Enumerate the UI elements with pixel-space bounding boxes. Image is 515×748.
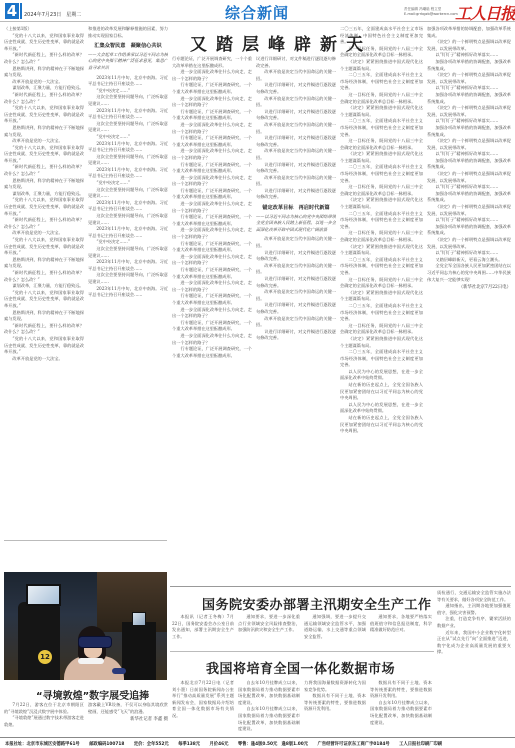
data-market-column-3: 力将我国海量数据资源转化为国家竞争优势。 数据具有不同于土地、资本等传统要素的特…	[304, 680, 366, 736]
paragraph: 站在新的历史起点上，全党全国各族人民更加紧密团结在以习近平同志为核心的党中央周围…	[340, 382, 423, 402]
safety-column-4: 通知要求，各地要严格落实值班值守和信息报送制度，科学精准做好防范应对。	[370, 614, 432, 648]
paragraph: 议进行详细研讨，对文件稿进行逐段逐句修改完善。	[256, 188, 336, 201]
paragraph: 以人民为中心的发展思想，在进一步全面深化改革中始终贯彻。	[340, 402, 423, 415]
paragraph: 进一步全面深化改革往什么方向走、走出一个怎样的路子？	[172, 148, 252, 161]
paragraph: 通知要求，各地要严格落实值班值守和信息报送制度，科学精准做好防范应对。	[370, 614, 432, 634]
paragraph: 2023年11月中旬，北京中南海。习近平总书记主持召开座谈会……	[88, 226, 168, 239]
page-date: 2024年7月23日 星期二	[24, 11, 81, 18]
paragraph: 进一步全面深化改革往什么方向走、走出一个怎样的路子？	[172, 122, 252, 135]
paragraph: 以“钉钉子”精神抓好改革落实……	[427, 52, 511, 59]
photo-top-divider	[4, 540, 167, 541]
paragraph: 行专题论证，广泛开展调查研究，一个个重大改革举措在这里酝酿成形。	[172, 135, 252, 148]
paragraph: 改革开放是党的一大法宝。	[4, 138, 84, 145]
paragraph: 进一步全面深化改革往什么方向走、走出一个怎样的路子？	[172, 333, 252, 346]
paragraph: 本报北京7月22日电（记者刘小墨）日前国务院新闻办公室举行“推动高质量发展”系列…	[172, 680, 234, 720]
paragraph: “党的十八大以来，党和国家事业取得历史性成就、发生历史性变革，靠的就是改革开放。…	[4, 290, 84, 310]
paragraph: 《决定》紧紧围绕推进中国式现代化这个主题谋篇布局。	[340, 59, 423, 72]
paragraph: 议进行详细研讨，对文件稿进行逐段逐句修改完善。	[256, 302, 336, 315]
footer-postcode: 邮政编码100718	[89, 742, 124, 747]
paragraph: 行专题论证，广泛开展调查研究，一个个重大改革举措在这里酝酿成形。	[172, 56, 252, 69]
paragraph: 这次全会要坚持问题导向，广泛听取意见建议……	[88, 187, 168, 200]
paragraph: 进一步全面深化改革往什么方向走、走出一个怎样的路子？	[172, 227, 252, 240]
paragraph: 二〇三五年，全面建成高水平社会主义市场经济体制，中国特色社会主义制度更加完善。	[340, 211, 423, 231]
paragraph: 改革开放是决定当代中国命运的关键一招。	[256, 148, 336, 161]
paragraph: 这一目标任务，既同党的十八届三中全会确定的全面深化改革总目标一脉相承。	[340, 92, 423, 105]
paragraph: 改革开放是党的一大法宝。	[4, 230, 84, 237]
paragraph: 议进行详细研讨，对文件稿进行逐段逐句修改完善。	[256, 162, 336, 175]
paragraph: 二〇三五年，全面建成高水平社会主义市场经济体制，中国特色社会主义制度更加完善。	[340, 26, 423, 46]
footer-price-single: 零售：逢4版0.50元 逢8版1.00元	[238, 742, 308, 747]
feature-column-2: 和推进的改革发展和解释措施的因素，努力推动实现国家目标。 汇集众智民意 凝聚信心…	[88, 26, 168, 536]
paragraph: “党中央决定……”	[88, 134, 168, 141]
page-number: 4	[5, 3, 19, 19]
paragraph: 《决定》紧紧围绕推进中国式现代化这个主题谋篇布局。	[340, 197, 423, 210]
paragraph: 以“钉钉子”精神抓好改革落实……	[427, 250, 511, 257]
paragraph: 谋划改革，汇聚力量，方能行稳致远。	[4, 283, 84, 290]
photo-caption-column-1: 7月22日，游客在位于北京市朝阳区的“寻境敦煌”沉浸式数字展中体验。 “寻境敦煌…	[4, 702, 84, 736]
paragraph: 这一目标任务，既同党的十八届三中全会确定的全面深化改革总目标一脉相承。	[340, 323, 423, 336]
paragraph: 这一目标任务，既同党的十八届三中全会确定的全面深化改革总目标一脉相承。	[340, 277, 423, 290]
paragraph: 《决定》的一个鲜明特点是强调以改革促发展、以发展带改革。	[427, 72, 511, 85]
paragraph: 谋划改革，汇聚力量，方能行稳致远。	[4, 85, 84, 92]
paragraph: 这一目标任务，既同党的十八届三中全会确定的全面深化改革总目标一脉相承。	[340, 46, 423, 59]
paragraph: 通知强调，要进一步提升交通运输领域安全监管水平，加强道路运输、水上交通等重点领域…	[304, 614, 366, 640]
editors-email: E-mail:grrbgzb@workercn.com	[404, 12, 458, 17]
page-number-bar	[20, 3, 22, 19]
paragraph: 2023年11月中旬，北京中南海。习近平总书记主持召开座谈会……	[88, 141, 168, 154]
paragraph: 进一步全面深化改革往什么方向走、走出一个怎样的路子？	[172, 307, 252, 320]
paragraph: 议进行详细研讨，对文件稿进行逐段逐句修改完善。	[256, 135, 336, 148]
paragraph: 加强各项改革举措的协调配套，加强改革系统集成。	[427, 158, 511, 171]
paragraph: 这次全会要坚持问题导向，广泛听取意见建议……	[88, 272, 168, 285]
paragraph: 《决定》紧紧围绕推进中国式现代化这个主题谋篇布局。	[340, 244, 423, 257]
paragraph: 和推进的改革发展和解释措施的因素，努力推动实现国家目标。	[88, 26, 168, 39]
paragraph: 通知指出，主汛期各地要加强值班值守，强化灾害预警。	[437, 603, 511, 616]
kiosk-number-badge: 12	[38, 650, 52, 664]
paragraph: “新时代新征程上，要什么样的改革？改什么？怎么改？”	[4, 270, 84, 283]
paragraph: 2023年11月中旬，北京中南海。习近平总书记主持召开座谈会……	[88, 259, 168, 272]
safety-article-headline: 国务院安委办部署主汛期安全生产工作	[202, 594, 432, 613]
paragraph: “党中央决定……”	[88, 239, 168, 246]
paragraph: 进一步全面深化改革往什么方向走、走出一个怎样的路子？	[172, 175, 252, 188]
paragraph: 二〇三五年，全面建成高水平社会主义市场经济体制，中国特色社会主义制度更加完善。	[340, 72, 423, 92]
paragraph: 进一步全面深化改革往什么方向走、走出一个怎样的路子？	[172, 201, 252, 214]
feature-subhead-2-lead: ——以习近平同志为核心的党中央团结带领全党全国各族人民踏上新征程，以进一步全面深…	[256, 214, 336, 234]
paragraph: 改革开放是决定当代中国命运的关键一招。	[256, 175, 336, 188]
data-market-column-1: 本报北京7月22日电（记者刘小墨）日前国务院新闻办公室举行“推动高质量发展”系列…	[172, 680, 234, 736]
newspaper-logo: 工人日报	[455, 1, 515, 24]
paragraph: 这次全会要坚持问题导向，广泛听取意见建议……	[88, 94, 168, 107]
paragraph: 改革开放是决定当代中国命运的关键一招。	[256, 316, 336, 329]
feature-column-5: 二〇三五年，全面建成高水平社会主义市场经济体制，中国特色社会主义制度更加完善。 …	[340, 26, 423, 582]
photo-screen-left	[26, 584, 61, 606]
data-market-column-2: 自去年10月挂牌成立以来，国家数据局着力推动数据要素市场化配置改革，加快数据基础…	[238, 680, 300, 736]
paragraph: 议进行详细研讨，对文件稿进行逐段逐句修改完善。	[256, 250, 336, 263]
paragraph: 《决定》的一个鲜明特点是强调以改革促发展、以发展带改革。	[427, 204, 511, 217]
paragraph: 行专题论证，广泛开展调查研究，一个个重大改革举措在这里酝酿成形。	[172, 214, 252, 227]
paragraph: 这一目标任务，既同党的十八届三中全会确定的全面深化改革总目标一脉相承。	[340, 230, 423, 243]
photo-screen-right	[132, 612, 146, 626]
paragraph: 站在新的历史起点上，全党全国各族人民更加紧密团结在以习近平同志为核心的党中央周围…	[340, 415, 423, 435]
paragraph: 全党全军全国各族人民更加紧密团结在以习近平同志为核心的党中央周围……中华民族伟大…	[427, 263, 511, 283]
paragraph: 力将我国海量数据资源转化为国家竞争优势。	[304, 680, 366, 693]
paragraph: 自去年10月挂牌成立以来，国家数据局着力推动数据要素市场化配置改革，加快数据基础…	[238, 680, 300, 706]
paragraph: 改革开放是决定当代中国命运的关键一招。	[256, 263, 336, 276]
paragraph: 行专题论证，广泛开展调查研究，一个个重大改革举措在这里酝酿成形。	[172, 346, 252, 359]
paragraph: “党的十八大以来，党和国家事业取得历史性成就、发生历史性变革，靠的就是改革开放。…	[4, 197, 84, 217]
paragraph: 游客戴上VR设备，不仅可以身临其境欣赏壁画，还能感受“飞天”的浪漫。	[88, 702, 168, 715]
paragraph: 《决定》紧紧围绕推进中国式现代化这个主题谋篇布局。	[340, 290, 423, 303]
paragraph: 二〇三五年，全面建成高水平社会主义市场经济体制，中国特色社会主义制度更加完善。	[340, 257, 423, 277]
feature-column-4: 议进行详细研讨，对文件稿进行逐段逐句修改完善。 改革开放是决定当代中国命运的关键…	[256, 56, 336, 536]
paragraph: 以“钉钉子”精神抓好改革落实……	[427, 151, 511, 158]
safety-column-2: 通知要求，要进一步深化重点行业领域安全风险排查整治，加强防汛救灾和安全生产工作。	[238, 614, 300, 648]
paragraph: 进一步全面深化改革往什么方向走、走出一个怎样的路子？	[172, 280, 252, 293]
photo-credit: 新华社记者 李鑫 摄	[88, 717, 168, 724]
feature-column-6: 加强各项改革举措的协调配套，加强改革系统集成。 《决定》的一个鲜明特点是强调以改…	[427, 26, 511, 582]
paragraph: 2023年11月中旬，北京中南海。习近平总书记主持召开座谈会……	[88, 200, 168, 213]
feature-subhead-2: 锚定改革目标 再启时代新篇	[256, 205, 336, 212]
paragraph: 以“钉钉子”精神抓好改革落实……	[427, 184, 511, 191]
paragraph: 加强各项改革举措的协调配套，加强改革系统集成。	[427, 224, 511, 237]
paragraph: 恩格斯讲到，科学的精神在于不断地探索与发现。	[4, 125, 84, 138]
paragraph: 《决定》的一个鲜明特点是强调以改革促发展、以发展带改革。	[427, 138, 511, 151]
paragraph: 通知要求，要进一步深化重点行业领域安全风险排查整治，加强防汛救灾和安全生产工作。	[238, 614, 300, 634]
paragraph: 加强各项改革举措的协调配套，加强改革系统集成。	[427, 191, 511, 204]
paragraph: 进一步全面深化改革往什么方向走、走出一个怎样的路子？	[172, 96, 252, 109]
paragraph: 行专题论证，广泛开展调查研究，一个个重大改革举措在这里酝酿成形。	[172, 320, 252, 333]
paragraph: 《决定》的一个鲜明特点是强调以改革促发展、以发展带改革。	[427, 105, 511, 118]
paragraph: 加强各项改革举措的协调配套，加强改革系统集成。	[427, 92, 511, 105]
editors-credit: 责任编辑 冯曦晗 程立堂 E-mail:grrbgzb@workercn.com	[404, 7, 458, 17]
footer-price-year: 定价：全年552元	[134, 742, 169, 747]
paragraph: 近年来，我国中小企业数字化转型正在从“试点先行”向“全面推进”迈进，数字化成为企…	[437, 630, 511, 656]
paragraph: 这次全会要坚持问题导向，广泛听取意见建议……	[88, 246, 168, 259]
paragraph: “新时代新征程上，要什么样的改革？改什么？怎么改？”	[4, 92, 84, 105]
photo-caption-column-2: 游客戴上VR设备，不仅可以身临其境欣赏壁画，还能感受“飞天”的浪漫。 新华社记者…	[88, 702, 168, 736]
footer-price-quarter: 每季138元	[178, 742, 200, 747]
paragraph: “新时代新征程上，要什么样的改革？改什么？怎么改？”	[4, 52, 84, 65]
safety-column-3: 通知强调，要进一步提升交通运输领域安全监管水平，加强道路运输、水上交通等重点领域…	[304, 614, 366, 648]
paragraph: 7月22日，游客在位于北京市朝阳区的“寻境敦煌”沉浸式数字展中体验。	[4, 702, 84, 715]
paragraph: “党的十八大以来，党和国家事业取得历史性成就、发生历史性变革，靠的就是改革开放。…	[4, 336, 84, 356]
paragraph: 改革开放是决定当代中国命运的关键一招。	[256, 289, 336, 302]
paragraph: 《决定》的一个鲜明特点是强调以改革促发展、以发展带改革。	[427, 237, 511, 250]
paragraph: 行专题论证，广泛开展调查研究，一个个重大改革举措在这里酝酿成形。	[172, 109, 252, 122]
right-narrow-column: 质检通行，交通运输安全监管实施办法等有关要求，做好各项安全防范工作。 通知指出，…	[437, 590, 511, 736]
source-note: （新华社北京7月22日电）	[427, 285, 511, 292]
paragraph: 议进行详细研讨，对文件稿进行逐段逐句修改完善。	[256, 56, 336, 69]
footer-ad-license: 广告经营许可证京东工商广字0184号	[318, 742, 390, 747]
paragraph: “党的十八大以来，党和国家事业取得历史性成就、发生历史性变革，靠的就是改革开放。…	[4, 33, 84, 53]
paragraph: 改革开放是决定当代中国命运的关键一招。	[256, 69, 336, 82]
paragraph: 行专题论证，广泛开展调查研究，一个个重大改革举措在这里酝酿成形。	[172, 82, 252, 95]
paragraph: 加强各项改革举措的协调配套，加强改革系统集成。	[427, 59, 511, 72]
paragraph: 以“钉钉子”精神抓好改革落实……	[427, 85, 511, 92]
safety-column-1: 本报讯（记者王冬梅）7月22日，国务院安委会办公室日前发出通知，部署主汛期安全生…	[172, 614, 234, 648]
paragraph: 本报讯（记者王冬梅）7月22日，国务院安委会办公室日前发出通知，部署主汛期安全生…	[172, 614, 234, 640]
paragraph: 议进行详细研讨，对文件稿进行逐段逐句修改完善。	[256, 329, 336, 342]
photo-kiosk-left	[18, 602, 60, 680]
paragraph: 以“钉钉子”精神抓好改革落实……	[427, 118, 511, 125]
paragraph: 《决定》的一个鲜明特点是强调以改革促发展、以发展带改革。	[427, 171, 511, 184]
paragraph: 《决定》紧紧围绕推进中国式现代化这个主题谋篇布局。	[340, 336, 423, 349]
paragraph: 这次全会要坚持问题导向，广泛听取意见建议……	[88, 121, 168, 134]
paragraph: 2023年11月中旬，北京中南海。习近平总书记主持召开座谈会……	[88, 286, 168, 299]
paragraph: 改革开放是党的一大法宝。	[4, 356, 84, 363]
paragraph: 二〇三五年，全面建成高水平社会主义市场经济体制，中国特色社会主义制度更加完善。	[340, 164, 423, 184]
feature-divider	[170, 586, 511, 587]
paragraph: 以“钉钉子”精神抓好改革落实……	[427, 217, 511, 224]
footer-address: 本报社址：北京市东城区安德路甲61号	[5, 742, 80, 747]
paragraph: 行专题论证，广泛开展调查研究，一个个重大改革举措在这里酝酿成形。	[172, 241, 252, 254]
paragraph: “新时代新征程上，要什么样的改革？改什么？怎么改？”	[4, 323, 84, 336]
paragraph: 自去年10月挂牌成立以来，国家数据局着力推动数据要素市场化配置改革，加快数据基础…	[238, 706, 300, 732]
footer-imprint: 本报社址：北京市东城区安德路甲61号 邮政编码100718 定价：全年552元 …	[0, 737, 515, 748]
data-market-headline: 我国将培育全国一体化数据市场	[206, 658, 395, 677]
paragraph: 恩格斯讲到，科学的精神在于不断地探索与发现。	[4, 310, 84, 323]
paragraph: 恩格斯讲到，科学的精神在于不断地探索与发现。	[4, 66, 84, 79]
paragraph: 改革开放是决定当代中国命运的关键一招。	[256, 236, 336, 249]
paragraph: 议进行详细研讨，对文件稿进行逐段逐句修改完善。	[256, 276, 336, 289]
photo-story-headline: “寻境敦煌”数字展受追捧	[36, 687, 149, 702]
paragraph: 2023年11月中旬，北京中南海。习近平总书记主持召开座谈会……	[88, 108, 168, 121]
photo-person-scarf	[78, 658, 104, 664]
paragraph: 数据具有不同于土地、资本等传统要素的特性，要推进数据资源开发利用。	[304, 693, 366, 713]
feature-column-3: 行专题论证，广泛开展调查研究，一个个重大改革举措在这里酝酿成形。 进一步全面深化…	[172, 56, 252, 536]
paragraph: 进一步全面深化改革往什么方向走、走出一个怎样的路子？	[172, 69, 252, 82]
paragraph: （上接第1版）	[4, 26, 84, 33]
paragraph: 加强各项改革举措的协调配套，加强改革系统集成。	[427, 26, 511, 39]
paragraph: 恩格斯讲到，科学的精神在于不断地探索与发现。	[4, 178, 84, 191]
paragraph: 质检通行，交通运输安全监管实施办法等有关要求，做好各项安全防范工作。	[437, 590, 511, 603]
paragraph: 进一步全面深化改革往什么方向走、走出一个怎样的路子？	[172, 254, 252, 267]
data-market-column-4: 数据具有不同于土地、资本等传统要素的特性，要推进数据资源开发利用。 自去年10月…	[370, 680, 432, 736]
footer-printer: 工人日报社印刷厂印刷	[399, 742, 442, 747]
vr-headset-icon	[78, 636, 112, 648]
paragraph: 恩格斯讲到，科学的精神在于不断地探索与发现。	[4, 257, 84, 270]
paragraph: 行专题论证，广泛开展调查研究，一个个重大改革举措在这里酝酿成形。	[172, 293, 252, 306]
paragraph: 加强各项改革举措的协调配套，加强改革系统集成。	[427, 125, 511, 138]
paragraph: 行专题论证，广泛开展调查研究，一个个重大改革举措在这里酝酿成形。	[172, 162, 252, 175]
paragraph: 以人民为中心的发展思想，在进一步全面深化改革中始终贯彻。	[340, 369, 423, 382]
paragraph: 数据具有不同于土地、资本等传统要素的特性，要推进数据资源开发利用。	[370, 680, 432, 700]
paragraph: 《决定》的一个鲜明特点是强调以改革促发展、以发展带改革。	[427, 39, 511, 52]
paragraph: 注重，打造竞争有序、繁荣活跃的数据产业。	[437, 616, 511, 629]
paragraph: 这一目标任务，既同党的十八届三中全会确定的全面深化改革总目标一脉相承。	[340, 184, 423, 197]
paragraph: 改革开放是决定当代中国命运的关键一招。	[256, 96, 336, 109]
photo-kiosk-right	[122, 622, 156, 680]
paragraph: 行专题论证，广泛开展调查研究，一个个重大改革举措在这里酝酿成形。	[172, 188, 252, 201]
paragraph: 这次全会要坚持问题导向，广泛听取意见建议……	[88, 213, 168, 226]
feature-subhead-1-lead: ——大会起草工作组秉承以习近平同志为核心的党中央指示精神广泛征求意见，集思广益寻…	[88, 52, 168, 72]
paragraph: “党中央决定……”	[88, 180, 168, 187]
paragraph: 议进行详细研讨，对文件稿进行逐段逐句修改完善。	[256, 109, 336, 122]
paragraph: 《决定》紧紧围绕推进中国式现代化这个主题谋篇布局。	[340, 151, 423, 164]
paragraph: “党的十八大以来，党和国家事业取得历史性成就、发生历史性变革，靠的就是改革开放。…	[4, 145, 84, 165]
paragraph: 自去年10月挂牌成立以来，国家数据局着力推动数据要素市场化配置改革，加快数据基础…	[370, 700, 432, 726]
paragraph: 改革开放是决定当代中国命运的关键一招。	[256, 122, 336, 135]
masthead: 4 2024年7月23日 星期二 综合新闻 责任编辑 冯曦晗 程立堂 E-mai…	[0, 0, 515, 22]
feature-column-1: （上接第1版） “党的十八大以来，党和国家事业取得历史性成就、发生历史性变革，靠…	[4, 26, 84, 536]
footer-price-month: 月价46元	[210, 742, 229, 747]
paragraph: 二〇三五年，全面建成高水平社会主义市场经济体制，中国特色社会主义制度更加完善。	[340, 118, 423, 138]
articles-divider	[170, 651, 434, 652]
paragraph: 这一目标任务，既同党的十八届三中全会确定的全面深化改革总目标一脉相承。	[340, 138, 423, 151]
paragraph: 二〇三五年，全面建成高水平社会主义市场经济体制，中国特色社会主义制度更加完善。	[340, 303, 423, 323]
paragraph: 2023年11月中旬，北京中南海。习近平总书记主持召开座谈会……	[88, 167, 168, 180]
paragraph: “寻境敦煌”展通过数字技术带游客走进敦煌。	[4, 715, 84, 728]
paragraph: 行专题论证，广泛开展调查研究，一个个重大改革举措在这里酝酿成形。	[172, 267, 252, 280]
paragraph: 这次全会要坚持问题导向，广泛听取意见建议……	[88, 154, 168, 167]
vr-controller-icon	[112, 668, 126, 674]
paragraph: 议进行详细研讨，对文件稿进行逐段逐句修改完善。	[256, 82, 336, 95]
paragraph: “新时代新征程上，要什么样的改革？改什么？怎么改？”	[4, 217, 84, 230]
paragraph: “党的十八大以来，党和国家事业取得历史性成就、发生历史性变革，靠的就是改革开放。…	[4, 105, 84, 125]
paragraph: 二〇三五年，全面建成高水平社会主义市场经济体制，中国特色社会主义制度更加完善。	[340, 349, 423, 369]
photo-vr-exhibition: 12	[4, 572, 167, 680]
feature-subhead-1: 汇集众智民意 凝聚信心共识	[88, 43, 168, 50]
paragraph: 2023年11月中旬，北京中南海。习近平总书记主持召开座谈会……	[88, 75, 168, 88]
paragraph: “党的十八大以来，党和国家事业取得历史性成就、发生历史性变革，靠的就是改革开放。…	[4, 237, 84, 257]
paragraph: “新时代新征程上，要什么样的改革？改什么？怎么改？”	[4, 164, 84, 177]
paragraph: 《决定》紧紧围绕推进中国式现代化这个主题谋篇布局。	[340, 105, 423, 118]
section-title: 综合新闻	[225, 2, 289, 23]
